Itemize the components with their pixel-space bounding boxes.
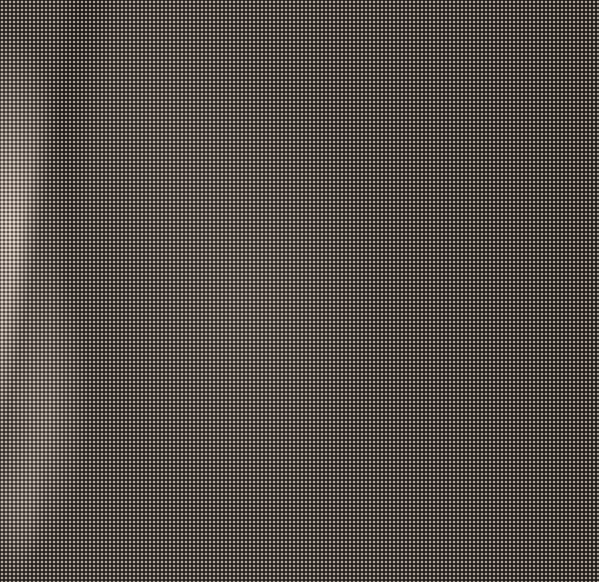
halftone-light-dots [0, 0, 599, 582]
halftone-photo [0, 0, 599, 582]
